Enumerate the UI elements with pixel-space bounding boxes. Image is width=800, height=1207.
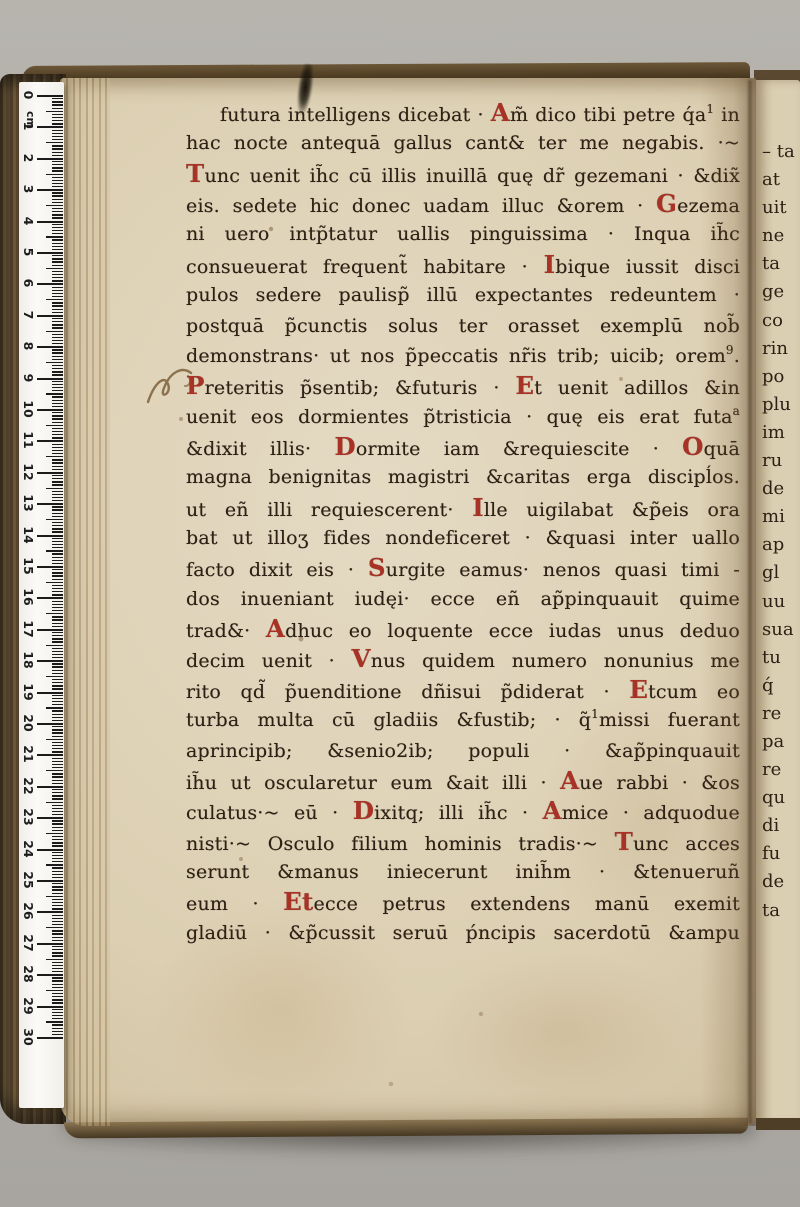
ruler-tick xyxy=(52,980,63,981)
ruler-tick xyxy=(52,199,63,200)
ruler-tick xyxy=(52,1015,63,1016)
ruler-tick xyxy=(52,462,63,463)
ruler-tick xyxy=(52,202,63,203)
ruler-tick xyxy=(52,798,63,799)
ruler-tick xyxy=(52,271,63,272)
text-line: postquā p̃cunctis solus ter orasset exem… xyxy=(186,311,740,341)
ruler-tick xyxy=(37,817,63,819)
ruler-number: 22 xyxy=(22,777,36,795)
ruler-number: 11 xyxy=(22,431,36,449)
text-run: eum · xyxy=(186,893,283,915)
ruler-tick xyxy=(52,513,63,514)
ruler-number: 29 xyxy=(22,997,36,1015)
ruler-tick xyxy=(46,739,63,740)
gutter-fold-line xyxy=(748,80,752,1124)
ruler-tick xyxy=(37,849,63,851)
ruler-tick xyxy=(37,346,63,348)
ruler-tick xyxy=(52,594,63,595)
facing-page-fragment: qu xyxy=(762,784,800,812)
ruler-tick xyxy=(37,535,63,537)
text-line: ni uero intp̃tatur uallis pinguissima · … xyxy=(186,219,740,249)
ruler-tick xyxy=(52,104,63,105)
ruler-tick xyxy=(52,641,63,642)
ruler-tick xyxy=(52,422,63,423)
text-line: ut eñ illi requiescerent· Ille uigilabat… xyxy=(186,493,740,523)
ruler-tick xyxy=(52,648,63,649)
text-line: turba multa cū gladiis &fustib; · q̃1mis… xyxy=(186,705,740,735)
ruler-tick xyxy=(52,940,63,941)
ruler-tick xyxy=(52,776,63,777)
ruler-tick xyxy=(37,189,63,191)
ruler-tick xyxy=(52,349,63,350)
facing-page-fragment: po xyxy=(762,363,800,391)
ruler-tick xyxy=(52,616,63,617)
ruler-tick xyxy=(52,475,63,476)
ruler-tick xyxy=(52,867,63,868)
rubric-initial: T xyxy=(615,827,633,856)
ruler-tick xyxy=(46,990,63,991)
ruler-tick xyxy=(46,927,63,928)
text-line: bat ut illoʒ fides nondeficeret · &quasi… xyxy=(186,523,740,553)
ruler-tick xyxy=(37,472,63,474)
facing-page-fragment: ta xyxy=(762,897,800,925)
ruler-number: 24 xyxy=(22,840,36,858)
text-run: ni uero intp̃tatur uallis pinguissima · … xyxy=(186,223,740,245)
ruler-tick xyxy=(52,745,63,746)
facing-page-fragment: ne xyxy=(762,222,800,250)
ruler-number: 15 xyxy=(22,557,36,575)
ruler-tick xyxy=(52,579,63,580)
ruler-tick xyxy=(37,440,63,442)
ruler-tick xyxy=(52,823,63,824)
ruler-tick xyxy=(52,1012,63,1013)
text-run: ixitq; illi ih̃c · xyxy=(374,802,542,824)
text-line: pulos sedere paulisp̃ illū expectantes r… xyxy=(186,280,740,310)
ruler-tick xyxy=(52,695,63,696)
ruler-tick xyxy=(46,142,63,143)
ruler-tick xyxy=(52,1034,63,1035)
ruler-tick xyxy=(52,965,63,966)
ruler-tick xyxy=(37,126,63,128)
facing-page-fragment: rin xyxy=(762,335,800,363)
ruler-tick xyxy=(52,491,63,492)
facing-page-fragment: co xyxy=(762,307,800,335)
ruler-tick xyxy=(52,381,63,382)
ruler-tick xyxy=(52,588,63,589)
text-run: demonstrans· ut nos p̃peccatis nr̃is tri… xyxy=(186,345,726,367)
ruler-tick xyxy=(52,987,63,988)
ruler-tick xyxy=(37,911,63,913)
ruler-tick xyxy=(52,387,63,388)
ruler-tick xyxy=(52,852,63,853)
ruler-tick xyxy=(37,943,63,945)
facing-page-fragment: ge xyxy=(762,278,800,306)
text-run: trad&· xyxy=(186,620,266,642)
ruler-tick xyxy=(52,971,63,972)
ruler-tick xyxy=(52,673,63,674)
text-line: culatus·~ eū · Dixitq; illi ih̃c · Amice… xyxy=(186,796,740,826)
ruler-tick xyxy=(52,114,63,115)
facing-page-fragment: tu xyxy=(762,644,800,672)
ruler-tick xyxy=(37,1006,63,1008)
ruler-tick xyxy=(52,356,63,357)
ruler-tick xyxy=(46,770,63,771)
ruler-tick xyxy=(52,450,63,451)
ruler-tick xyxy=(37,283,63,285)
text-line: eum · Etecce petrus extendens manū exemi… xyxy=(186,887,740,917)
ruler-tick xyxy=(52,977,63,978)
ruler-tick xyxy=(52,428,63,429)
rubric-initial: E xyxy=(515,371,534,400)
ruler-tick xyxy=(52,412,63,413)
ruler-tick xyxy=(37,692,63,694)
ruler-tick xyxy=(37,974,63,976)
ruler-tick xyxy=(52,720,63,721)
ruler-tick xyxy=(52,170,63,171)
ruler-number: 18 xyxy=(22,651,36,669)
ruler-tick xyxy=(52,999,63,1000)
ruler-tick xyxy=(52,434,63,435)
ruler-tick xyxy=(52,327,63,328)
ruler-tick xyxy=(46,299,63,300)
ruler-tick xyxy=(52,557,63,558)
text-line: magna benignitas magistri &caritas erga … xyxy=(186,462,740,492)
ruler-tick xyxy=(52,908,63,909)
facing-page-text: – taatuitnetagecorinpopluimrudemiapgluus… xyxy=(762,138,800,925)
text-run: futura intelligens dicebat · xyxy=(220,104,491,126)
ruler-tick xyxy=(52,751,63,752)
ruler-tick xyxy=(52,1028,63,1029)
ruler-tick xyxy=(52,623,63,624)
ruler-tick xyxy=(52,133,63,134)
ruler-tick xyxy=(52,666,63,667)
ruler-tick xyxy=(37,315,63,317)
ruler-tick xyxy=(52,415,63,416)
ruler-tick xyxy=(52,839,63,840)
ruler-tick xyxy=(52,601,63,602)
ruler-number: 10 xyxy=(22,400,36,418)
ruler-tick xyxy=(46,268,63,269)
ruler-tick xyxy=(37,880,63,882)
facing-page-fragment: re xyxy=(762,756,800,784)
ruler-tick xyxy=(52,123,63,124)
ruler-tick xyxy=(52,249,63,250)
ruler-tick xyxy=(46,613,63,614)
facing-page-fragment: – ta xyxy=(762,138,800,166)
ruler-tick xyxy=(52,955,63,956)
ruler-tick xyxy=(52,522,63,523)
ruler-tick xyxy=(52,795,63,796)
ruler-tick xyxy=(52,312,63,313)
ruler-tick xyxy=(46,1021,63,1022)
ruler-tick xyxy=(46,331,63,332)
ruler-tick xyxy=(52,871,63,872)
ruler-tick xyxy=(37,95,63,97)
facing-page-fragment: plu xyxy=(762,391,800,419)
ruler-tick xyxy=(52,195,63,196)
text-line: uenit eos dormientes p̃tristicia · quę e… xyxy=(186,402,740,432)
ruler-tick xyxy=(52,688,63,689)
ruler-tick xyxy=(52,993,63,994)
ruler-tick xyxy=(52,698,63,699)
ruler-tick xyxy=(52,651,63,652)
text-run: dos inueniant iudęi· ecce eñ ap̃pinquaui… xyxy=(186,588,740,610)
ruler-tick xyxy=(52,773,63,774)
ruler-number: 21 xyxy=(22,745,36,763)
text-run: &dixit illis· xyxy=(186,438,334,460)
ruler-tick xyxy=(52,861,63,862)
ruler-number: 20 xyxy=(22,714,36,732)
ruler-tick xyxy=(52,453,63,454)
ruler-tick xyxy=(52,877,63,878)
ruler-tick xyxy=(52,101,63,102)
facing-page-fragment: fu xyxy=(762,840,800,868)
ruler-number: 5 xyxy=(22,243,36,261)
ruler-number: 4 xyxy=(22,212,36,230)
ruler-tick xyxy=(52,258,63,259)
ruler-tick xyxy=(52,858,63,859)
ruler-tick xyxy=(46,362,63,363)
ruler-tick xyxy=(52,657,63,658)
ruler-tick xyxy=(52,500,63,501)
rubric-initial: V xyxy=(351,644,370,673)
ruler-tick xyxy=(52,120,63,121)
facing-page: – taatuitnetagecorinpopluimrudemiapgluus… xyxy=(756,80,800,1126)
ruler-tick xyxy=(52,704,63,705)
ruler-tick xyxy=(52,764,63,765)
text-run: uenit eos dormientes p̃tristicia · quę e… xyxy=(186,406,733,428)
rubric-initial: I xyxy=(472,493,484,522)
ruler-tick xyxy=(46,236,63,237)
facing-page-fragment: at xyxy=(762,166,800,194)
facing-page-fragment: sua xyxy=(762,616,800,644)
ruler-tick xyxy=(52,748,63,749)
facing-page-fragment: ru xyxy=(762,447,800,475)
ruler-tick xyxy=(52,431,63,432)
ruler-tick xyxy=(52,290,63,291)
ruler-tick xyxy=(52,1024,63,1025)
facing-page-fragment: gl xyxy=(762,559,800,587)
ruler-tick xyxy=(52,899,63,900)
ruler-tick xyxy=(52,390,63,391)
ruler-tick xyxy=(52,365,63,366)
ruler-tick xyxy=(52,374,63,375)
text-block: futura intelligens dicebat · Am̃ dico ti… xyxy=(186,98,740,954)
ruler-tick xyxy=(52,547,63,548)
ruler-tick xyxy=(52,136,63,137)
ruler-tick xyxy=(52,274,63,275)
ruler-tick xyxy=(52,334,63,335)
ruler-tick xyxy=(52,780,63,781)
facing-page-fragment: ta xyxy=(762,250,800,278)
text-line: Preteritis p̃sentib; &futuris · Et uenit… xyxy=(186,371,740,401)
ruler-tick xyxy=(52,632,63,633)
ruler-tick xyxy=(52,343,63,344)
ruler-tick xyxy=(37,723,63,725)
ruler-tick xyxy=(52,161,63,162)
ruler-tick xyxy=(52,742,63,743)
ruler-tick xyxy=(52,792,63,793)
ruler-tick xyxy=(52,538,63,539)
text-run: culatus·~ eū · xyxy=(186,802,353,824)
parchment-speckles xyxy=(60,78,62,80)
ruler-tick xyxy=(52,459,63,460)
ruler-tick xyxy=(52,148,63,149)
text-run: pulos sedere paulisp̃ illū expectantes r… xyxy=(186,284,740,306)
ruler-tick xyxy=(52,544,63,545)
ruler-tick xyxy=(37,409,63,411)
text-run: ut eñ illi requiescerent· xyxy=(186,499,472,521)
ruler-number: 9 xyxy=(22,369,36,387)
ruler-tick xyxy=(37,786,63,788)
ruler-tick xyxy=(52,921,63,922)
ruler-tick xyxy=(52,761,63,762)
ruler-tick xyxy=(46,802,63,803)
ruler-tick xyxy=(46,864,63,865)
superscript-correction: 1 xyxy=(591,707,599,721)
ruler-tick xyxy=(52,280,63,281)
facing-page-fragment: im xyxy=(762,419,800,447)
facing-page-fragment: pa xyxy=(762,728,800,756)
ruler-tick xyxy=(52,553,63,554)
text-line: &dixit illis· Dormite iam &requiescite ·… xyxy=(186,432,740,462)
ruler-tick xyxy=(52,447,63,448)
ruler-tick xyxy=(52,962,63,963)
text-run: serunt &manus iniecerunt inih̃m · &tenue… xyxy=(186,861,740,883)
ruler-number: 30 xyxy=(22,1028,36,1046)
ruler-tick xyxy=(52,732,63,733)
ruler-tick xyxy=(52,293,63,294)
ruler-tick xyxy=(52,296,63,297)
ruler-tick xyxy=(52,682,63,683)
rubric-initial: P xyxy=(186,371,205,400)
ruler-number: 26 xyxy=(22,902,36,920)
ruler-tick xyxy=(46,550,63,551)
ruler-tick xyxy=(37,629,63,631)
ruler-tick xyxy=(52,211,63,212)
text-line: aprincipib; &senio2ib; populi · &ap̃pinq… xyxy=(186,736,740,766)
ruler-tick xyxy=(52,638,63,639)
ruler-tick xyxy=(52,287,63,288)
ruler-tick xyxy=(52,484,63,485)
ruler-tick xyxy=(52,406,63,407)
ruler-tick xyxy=(37,158,63,160)
ruler-tick xyxy=(52,403,63,404)
ruler-tick xyxy=(52,836,63,837)
ruler-tick xyxy=(52,531,63,532)
text-line: futura intelligens dicebat · Am̃ dico ti… xyxy=(186,98,740,128)
facing-page-fragment: de xyxy=(762,475,800,503)
ruler-tick xyxy=(46,488,63,489)
ruler-tick xyxy=(52,469,63,470)
ruler-tick xyxy=(52,318,63,319)
ruler-tick xyxy=(52,937,63,938)
ruler-tick xyxy=(52,889,63,890)
ruler-tick xyxy=(52,233,63,234)
ruler-tick xyxy=(52,968,63,969)
ruler-number: 14 xyxy=(22,526,36,544)
photo-backdrop: futura intelligens dicebat · Am̃ dico ti… xyxy=(0,0,800,1207)
ruler-number: 13 xyxy=(22,494,36,512)
text-run: decim uenit · xyxy=(186,650,351,672)
rubric-initial: G xyxy=(656,189,677,218)
ruler-tick xyxy=(52,610,63,611)
ruler-tick xyxy=(52,481,63,482)
ruler-tick xyxy=(46,205,63,206)
text-run: bat ut illoʒ fides nondeficeret · &quasi… xyxy=(186,527,740,549)
ruler-tick xyxy=(52,478,63,479)
ruler-number: 25 xyxy=(22,871,36,889)
ruler-tick xyxy=(52,952,63,953)
ruler-tick xyxy=(52,117,63,118)
ruler-tick xyxy=(52,575,63,576)
ruler-number: 8 xyxy=(22,337,36,355)
ruler-tick xyxy=(52,230,63,231)
ruler-tick xyxy=(52,1009,63,1010)
ruler-number: 2 xyxy=(22,149,36,167)
ruler-number: 12 xyxy=(22,463,36,481)
ruler-tick xyxy=(52,933,63,934)
ruler-tick xyxy=(52,842,63,843)
ruler-tick xyxy=(52,466,63,467)
ruler-tick xyxy=(46,676,63,677)
ruler-tick xyxy=(37,503,63,505)
ruler-tick xyxy=(37,754,63,756)
ruler-tick xyxy=(52,635,63,636)
ruler-tick xyxy=(52,371,63,372)
ruler-tick xyxy=(52,217,63,218)
ruler-tick xyxy=(52,820,63,821)
ruler-tick xyxy=(52,541,63,542)
ruler-tick xyxy=(46,456,63,457)
facing-page-fragment: q́ xyxy=(762,672,800,700)
ruler-number: 3 xyxy=(22,180,36,198)
facing-page-fragment: mi xyxy=(762,503,800,531)
text-line: dos inueniant iudęi· ecce eñ ap̃pinquaui… xyxy=(186,584,740,614)
ruler-tick xyxy=(46,707,63,708)
text-line: demonstrans· ut nos p̃peccatis nr̃is tri… xyxy=(186,341,740,371)
ruler-tick xyxy=(52,192,63,193)
ruler: cm 0123456789101112131415161718192021222… xyxy=(19,82,64,1108)
ruler-tick xyxy=(37,660,63,662)
ruler-tick xyxy=(52,654,63,655)
ruler-tick xyxy=(52,736,63,737)
ruler-tick xyxy=(37,378,63,380)
rubric-initial: D xyxy=(353,796,374,825)
ruler-tick xyxy=(52,180,63,181)
ruler-number: 19 xyxy=(22,683,36,701)
ruler-tick xyxy=(52,305,63,306)
ruler-tick xyxy=(52,893,63,894)
text-run: gladiū · &p̃cussit seruū ṕncipis sacerdo… xyxy=(186,922,740,944)
ruler-tick xyxy=(46,833,63,834)
ruler-tick xyxy=(52,186,63,187)
ruler-tick xyxy=(52,670,63,671)
facing-page-fragment: di xyxy=(762,812,800,840)
text-run: rito qd̃ p̃uenditione dñisui p̃diderat · xyxy=(186,681,629,703)
ruler-tick xyxy=(52,139,63,140)
ruler-tick xyxy=(52,569,63,570)
text-run: aprincipib; &senio2ib; populi · &ap̃pinq… xyxy=(186,740,740,762)
rubric-initial: A xyxy=(491,98,510,127)
ruler-tick xyxy=(52,145,63,146)
ruler-tick xyxy=(46,645,63,646)
rubric-initial: S xyxy=(368,553,386,582)
ruler-tick xyxy=(52,1002,63,1003)
ruler-tick xyxy=(52,874,63,875)
rubric-initial: E xyxy=(629,675,648,704)
ruler-tick xyxy=(52,208,63,209)
